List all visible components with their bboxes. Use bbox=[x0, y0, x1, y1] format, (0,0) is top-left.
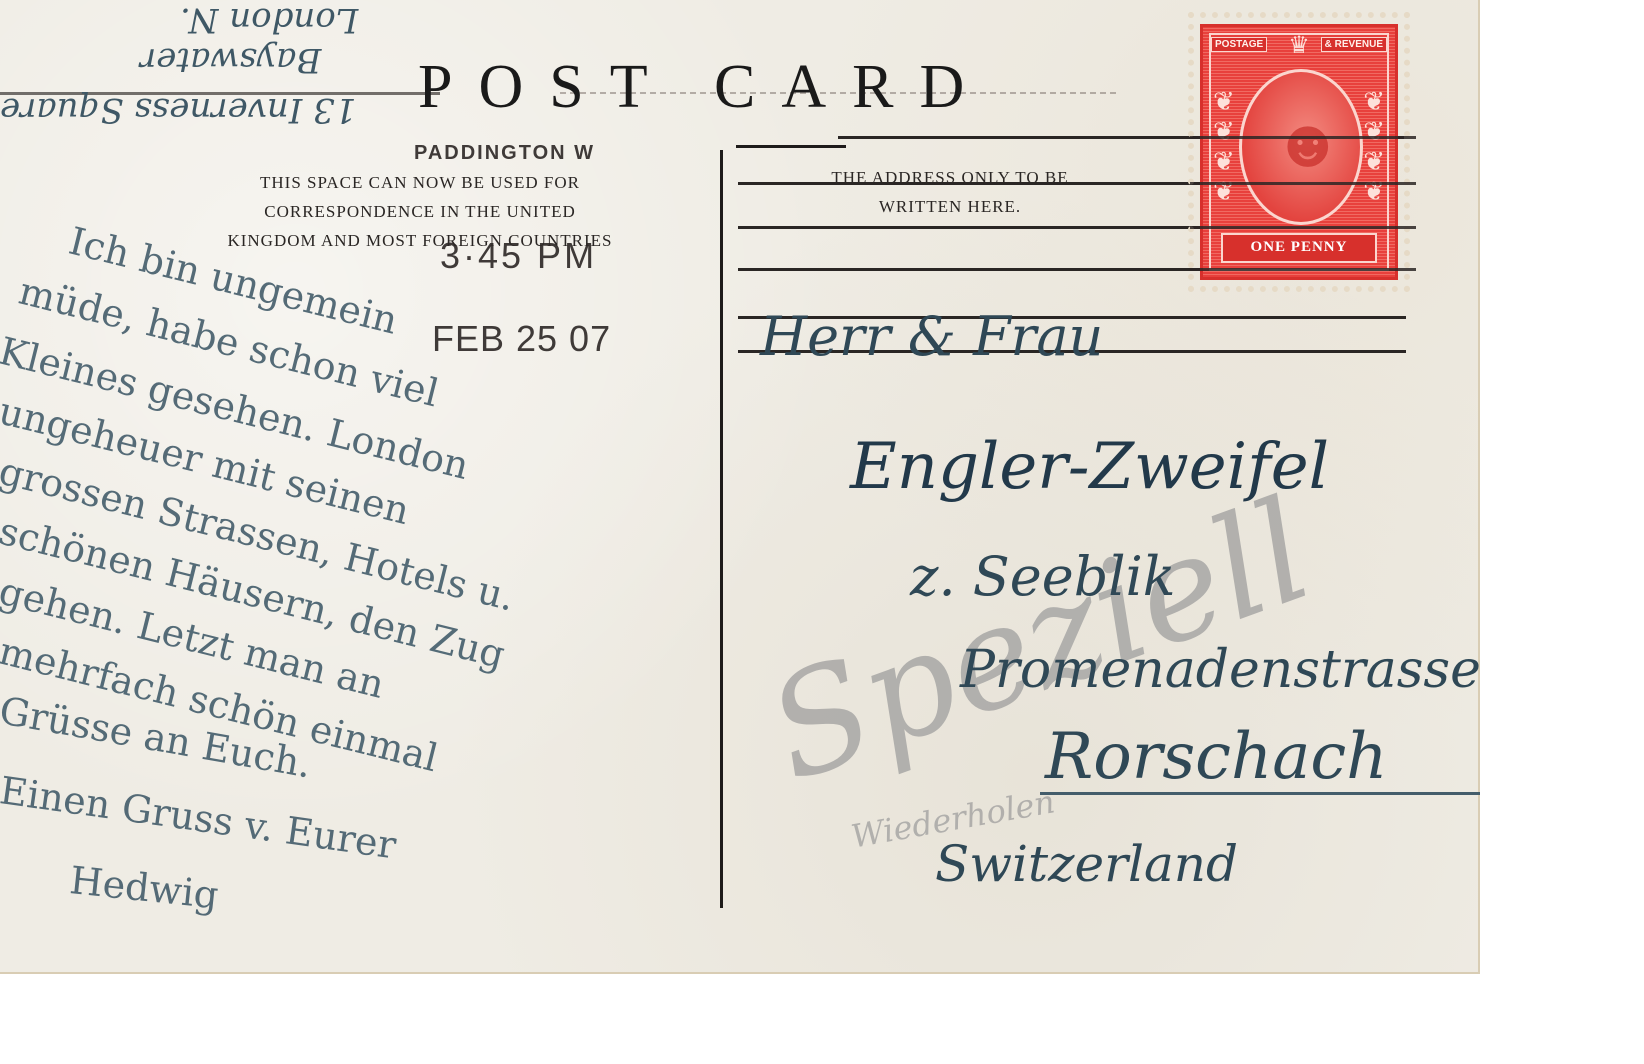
address-salutation: Herr & Frau bbox=[760, 305, 1103, 368]
king-portrait: ☻ bbox=[1239, 69, 1363, 225]
stamp-design: ♛ POSTAGE & REVENUE ❦❦❦❦ ❦❦❦❦ ☻ ONE PENN… bbox=[1200, 24, 1398, 280]
handwritten-line: Bayswater bbox=[140, 40, 321, 80]
king-head-icon: ☻ bbox=[1272, 104, 1344, 183]
address-rule bbox=[738, 268, 1210, 271]
address-city: Rorschach bbox=[1045, 720, 1387, 794]
address-country: Switzerland bbox=[935, 835, 1238, 893]
address-rule bbox=[738, 182, 1210, 185]
address-rule bbox=[738, 226, 1210, 229]
message-line: Hedwig bbox=[68, 860, 220, 915]
handwritten-line: London N. bbox=[180, 0, 358, 40]
cancellation-bar bbox=[1190, 268, 1416, 271]
cancellation-bar bbox=[1190, 182, 1416, 185]
divider-horizontal bbox=[736, 145, 846, 148]
postcard-title: POST CARD bbox=[418, 52, 990, 123]
cancellation-bar bbox=[1190, 226, 1416, 229]
address-care-of: z. Seeblik bbox=[910, 545, 1176, 608]
address-name: Engler-Zweifel bbox=[850, 430, 1329, 504]
postmark-office: PADDINGTON W bbox=[414, 142, 595, 165]
stamp-banners: POSTAGE & REVENUE bbox=[1211, 37, 1387, 52]
address-street: Promenadenstrasse bbox=[960, 640, 1481, 700]
correspondence-note-line: THIS SPACE CAN NOW BE USED FOR bbox=[165, 168, 675, 197]
laurel-left-icon: ❦❦❦❦ bbox=[1213, 87, 1235, 207]
address-note-line: THE ADDRESS ONLY TO BE bbox=[760, 163, 1140, 192]
stamp-banner-right: & REVENUE bbox=[1321, 37, 1387, 52]
stamp-value: ONE PENNY bbox=[1221, 233, 1377, 263]
upside-down-return-address: London N. Bayswater 13 Inverness Square bbox=[0, 0, 420, 170]
stamp: ♛ POSTAGE & REVENUE ❦❦❦❦ ❦❦❦❦ ☻ ONE PENN… bbox=[1188, 12, 1410, 292]
address-note: THE ADDRESS ONLY TO BE WRITTEN HERE. bbox=[760, 163, 1140, 221]
message-line: Einen Gruss v. Eurer bbox=[0, 770, 399, 865]
postcard-back: POST CARD THIS SPACE CAN NOW BE USED FOR… bbox=[0, 0, 1480, 974]
handwritten-line: 13 Inverness Square bbox=[0, 90, 356, 130]
city-underline bbox=[1040, 792, 1480, 795]
address-note-line: WRITTEN HERE. bbox=[760, 192, 1140, 221]
stamp-banner-left: POSTAGE bbox=[1211, 37, 1267, 52]
laurel-right-icon: ❦❦❦❦ bbox=[1363, 87, 1385, 207]
handwritten-message: Ich bin ungemein müde, habe schon viel K… bbox=[0, 210, 740, 930]
cancellation-bar bbox=[1190, 136, 1416, 139]
